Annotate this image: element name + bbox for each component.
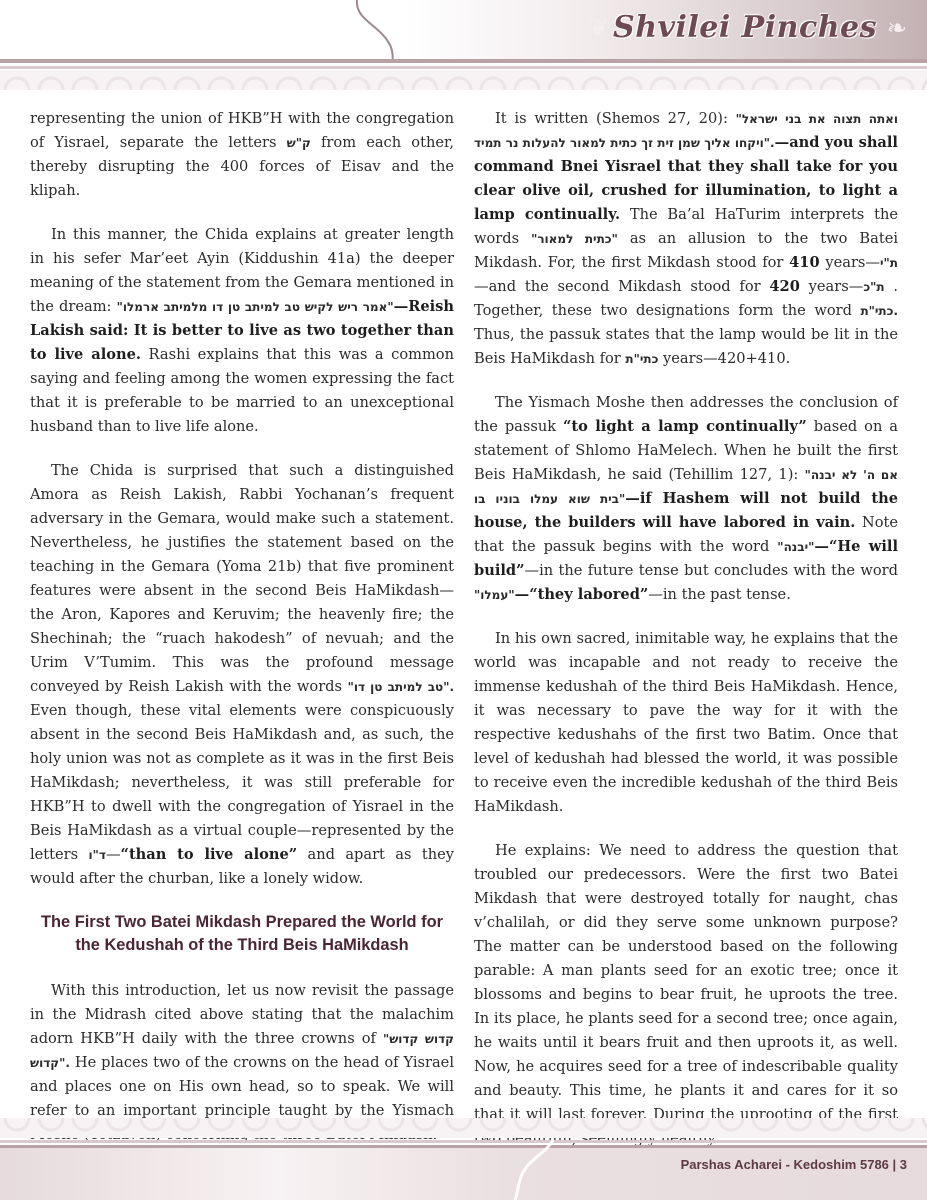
header-decorative-curve — [350, 0, 420, 62]
lace-border-bottom — [0, 1118, 927, 1138]
paragraph: The Chida is surprised that such a disti… — [30, 459, 454, 891]
paragraph: It is written (Shemos 27, 20): "ואתה תצו… — [474, 107, 898, 371]
footer-page-label: Parshas Acharei - Kedoshim 5786 | 3 — [681, 1157, 907, 1172]
paragraph: In this manner, the Chida explains at gr… — [30, 223, 454, 439]
header-rule-thin — [0, 66, 927, 69]
section-heading: The First Two Batei Mikdash Prepared the… — [30, 911, 454, 957]
footer-rule-thin — [0, 1140, 927, 1143]
paragraph: representing the union of HKB”H with the… — [30, 107, 454, 203]
lace-border-top — [0, 70, 927, 90]
swirl-ornament-icon: ❧ — [887, 14, 907, 42]
newsletter-title: Shvilei Pinches — [613, 10, 877, 45]
paragraph: He explains: We need to address the ques… — [474, 839, 898, 1151]
paragraph: The Yismach Moshe then addresses the con… — [474, 391, 898, 607]
swirl-ornament-icon: ❦ — [589, 14, 609, 42]
paragraph: In his own sacred, inimitable way, he ex… — [474, 627, 898, 819]
page-header: ❦ Shvilei Pinches ❧ — [0, 0, 927, 95]
header-rule — [0, 59, 927, 63]
left-column: representing the union of HKB”H with the… — [30, 107, 454, 1167]
right-column: It is written (Shemos 27, 20): "ואתה תצו… — [474, 107, 898, 1171]
footer-band — [0, 1148, 927, 1200]
footer-decorative-curve — [505, 1140, 565, 1200]
